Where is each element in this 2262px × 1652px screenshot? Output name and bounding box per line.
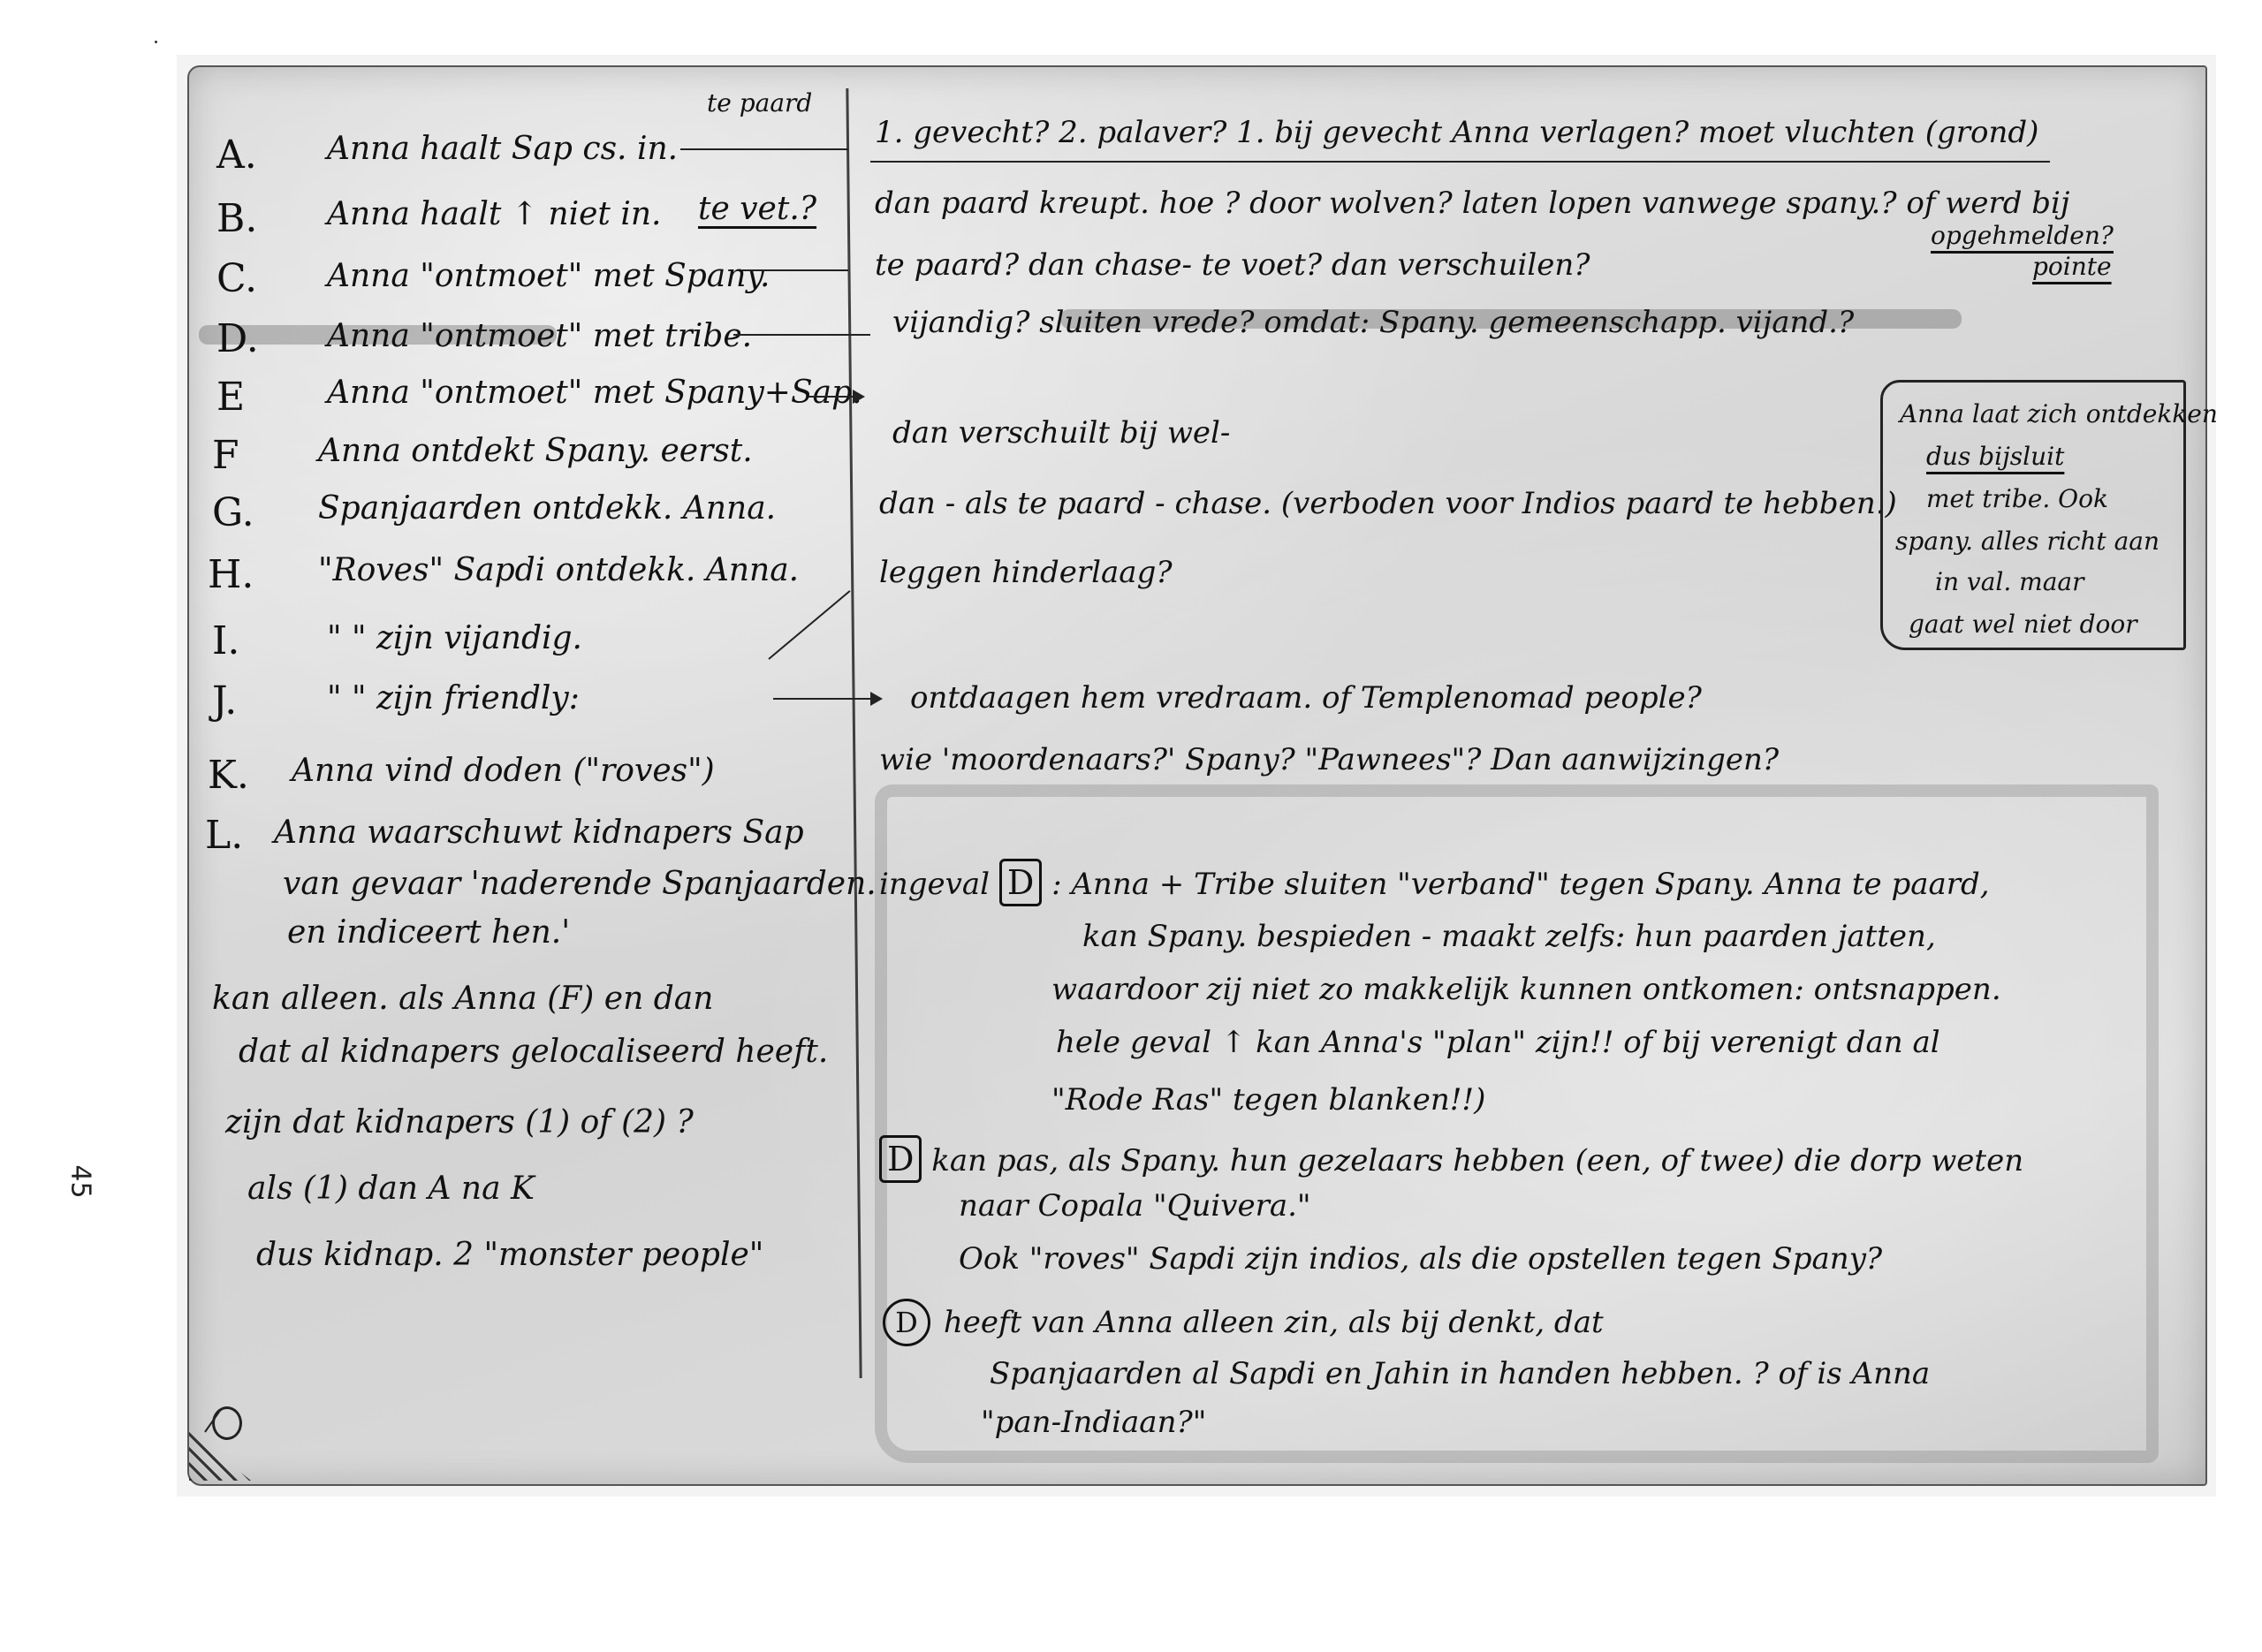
- boxed-note-line: met tribe. Ook: [1926, 484, 2108, 513]
- right-line: dan verschuilt bij wel-: [892, 415, 1230, 451]
- left-note: kan alleen. als Anna (F) en dan: [212, 981, 713, 1017]
- header-line: 1. gevecht? 2. palaver? 1. bij gevecht A…: [875, 115, 2038, 150]
- right-line: leggen hinderlaag?: [879, 555, 1173, 590]
- item-note: te vet.?: [698, 191, 816, 227]
- corner-circle-mark: [212, 1406, 242, 1440]
- item-text: " " zijn vijandig.: [327, 620, 582, 656]
- scenario-intro: ingeval D : Anna + Tribe sluiten "verban…: [879, 859, 1990, 906]
- item-label: F: [212, 433, 239, 478]
- d-note-line: Spanjaarden al Sapdi en Jahin in handen …: [990, 1356, 1930, 1391]
- item-text: Anna "ontmoet" met tribe.: [327, 318, 752, 354]
- item-text: " " zijn friendly:: [327, 680, 580, 716]
- item-label: A.: [216, 133, 257, 178]
- d-box-icon: D: [879, 1135, 922, 1183]
- right-margin-note: opgehmelden?: [1931, 221, 2114, 250]
- item-label: D.: [216, 316, 259, 361]
- d-note-line: heeft van Anna alleen zin, als bij denkt…: [944, 1305, 1604, 1340]
- arrow-icon: [773, 698, 879, 700]
- scenario-line: "Rode Ras" tegen blanken!!): [1051, 1082, 1485, 1118]
- d-note-line: Ook "roves" Sapdi zijn indios, als die o…: [959, 1241, 1882, 1277]
- right-margin-note: pointe: [2032, 252, 2112, 281]
- scenario-line: waardoor zij niet zo makkelijk kunnen on…: [1051, 972, 2001, 1007]
- scenario-line: kan Spany. bespieden - maakt zelfs: hun …: [1082, 919, 1936, 954]
- d-note-1: D kan pas, als Spany. hun gezelaars hebb…: [879, 1135, 2023, 1183]
- right-line: dan paard kreupt. hoe ? door wolven? lat…: [875, 186, 2069, 221]
- item-continuation: en indiceert hen.': [287, 914, 570, 951]
- item-annotation: te paard: [707, 88, 812, 117]
- item-text: Anna "ontmoet" met Spany+Sap.: [327, 375, 862, 411]
- item-text: Anna waarschuwt kidnapers Sap: [274, 815, 804, 851]
- item-label: K.: [208, 753, 249, 798]
- d-note-2: D heeft van Anna alleen zin, als bij den…: [879, 1299, 1604, 1346]
- boxed-note-line: Anna laat zich ontdekken: [1900, 399, 2218, 428]
- item-label: J.: [212, 678, 237, 724]
- right-line: wie 'moordenaars?' Spany? "Pawnees"? Dan…: [879, 742, 1779, 777]
- right-line: ontdaagen hem vredraam. of Templenomad p…: [910, 680, 1702, 716]
- connector-line: [733, 334, 870, 336]
- header-underline: [870, 161, 2050, 163]
- boxed-note-line: spany. alles richt aan: [1895, 527, 2160, 556]
- item-text: Spanjaarden ontdekk. Anna.: [318, 490, 776, 527]
- item-text: Anna haalt ↑ niet in.: [327, 196, 661, 232]
- item-text: Anna ontdekt Spany. eerst.: [318, 433, 753, 469]
- item-text: Anna "ontmoet" met Spany.: [327, 258, 770, 294]
- boxed-note-line: gaat wel niet door: [1909, 610, 2137, 639]
- item-text: "Roves" Sapdi ontdekk. Anna.: [318, 552, 799, 588]
- item-label: L.: [205, 813, 243, 858]
- left-note: als (1) dan A na K: [247, 1171, 535, 1207]
- scan-speck: [155, 41, 157, 43]
- item-text: Anna haalt Sap cs. in.: [327, 131, 678, 167]
- left-note: zijn dat kidnapers (1) of (2) ?: [225, 1104, 694, 1140]
- d-note-line: kan pas, als Spany. hun gezelaars hebben…: [931, 1143, 2023, 1178]
- item-label: B.: [216, 196, 257, 241]
- left-note: dat al kidnapers gelocaliseerd heeft.: [239, 1034, 828, 1070]
- arrow-icon: [808, 396, 862, 398]
- connector-line: [742, 269, 848, 271]
- scenario-line: hele geval ↑ kan Anna's "plan" zijn!! of…: [1056, 1025, 1940, 1060]
- item-text: Anna vind doden ("roves"): [292, 753, 715, 789]
- page-number: 45: [65, 1164, 96, 1198]
- d-note-line: "pan-Indiaan?": [981, 1405, 1206, 1440]
- boxed-note-line: dus bijsluit: [1926, 442, 2064, 471]
- scenario-letter-d: D: [999, 859, 1042, 906]
- left-note: dus kidnap. 2 "monster people": [256, 1237, 763, 1273]
- right-line: dan - als te paard - chase. (verboden vo…: [879, 486, 1897, 521]
- item-continuation: van gevaar 'naderende Spanjaarden.: [283, 866, 877, 902]
- scenario-line: : Anna + Tribe sluiten "verband" tegen S…: [1051, 867, 1990, 902]
- scenario-prefix: ingeval: [879, 867, 990, 902]
- item-label: G.: [212, 490, 254, 535]
- item-label: I.: [212, 618, 239, 663]
- circled-d-icon: D: [883, 1299, 930, 1346]
- boxed-note-line: in val. maar: [1935, 567, 2084, 596]
- item-label: C.: [216, 256, 257, 301]
- item-label: H.: [208, 552, 254, 597]
- d-note-line: naar Copala "Quivera.": [959, 1188, 1311, 1224]
- connector-line: [680, 148, 848, 150]
- item-label: E: [216, 375, 245, 420]
- right-line: vijandig? sluiten vrede? omdat: Spany. g…: [892, 305, 1854, 340]
- right-line: te paard? dan chase- te voet? dan versch…: [875, 247, 1590, 283]
